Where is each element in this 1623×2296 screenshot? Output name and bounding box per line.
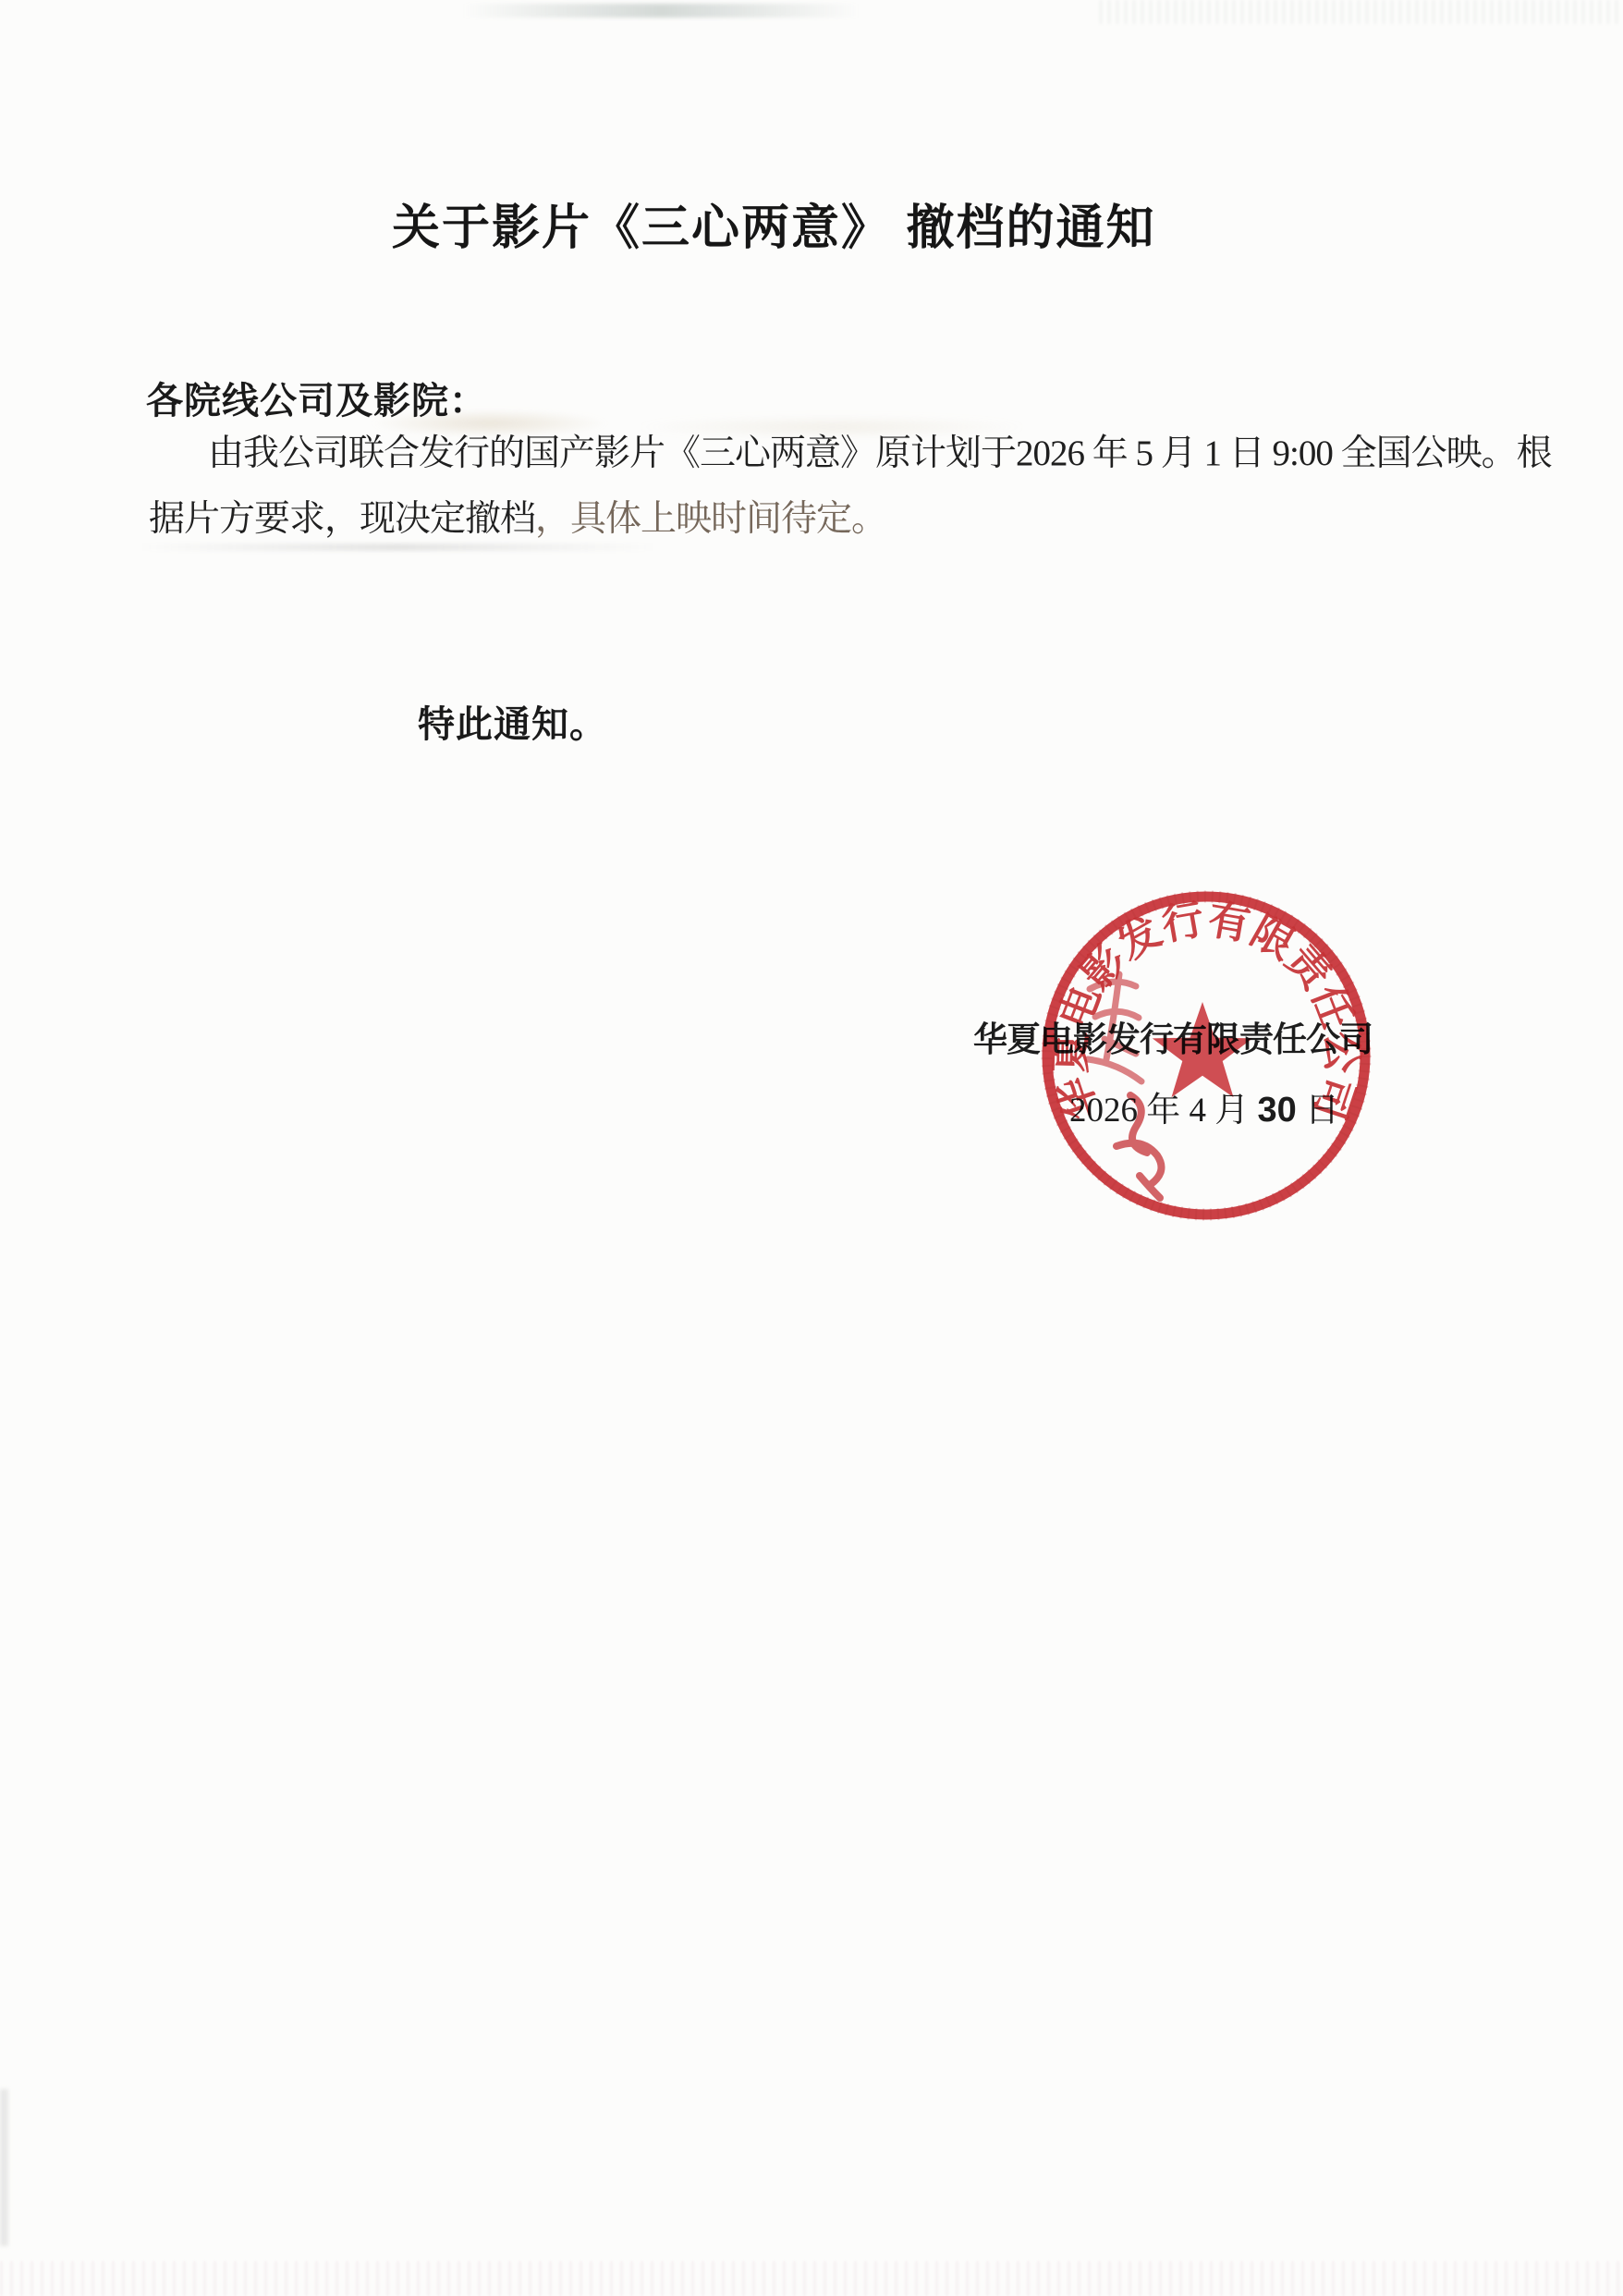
document-title: 关于影片《三心两意》 撤档的通知 — [392, 203, 1155, 254]
signature-date-suffix: 日 — [1297, 1092, 1339, 1130]
scan-smudge-top-right — [1100, 0, 1623, 24]
scan-smudge-left-edge — [0, 2089, 8, 2246]
scan-smudge-under-paragraph — [139, 543, 656, 551]
body-paragraph-line-1: 由我公司联合发行的国产影片《三心两意》原计划于2026 年 5 月 1 日 9:… — [149, 434, 1552, 474]
body-line-2-edited-text: ，具体上映时间待定。 — [535, 499, 886, 539]
scan-smudge-top — [462, 4, 860, 18]
body-line-2-original-text: 据片方要求，现决定撤档 — [149, 499, 535, 539]
body-paragraph-line-2: 据片方要求，现决定撤档，具体上映时间待定。 — [149, 500, 886, 540]
signature-date-day: 30 — [1257, 1091, 1296, 1130]
closing-line: 特此通知。 — [418, 695, 607, 748]
signature-company-name: 华夏电影发行有限责任公司 — [973, 1011, 1373, 1061]
scan-smudge-bottom — [0, 2261, 1623, 2296]
scanned-notice-document: 关于影片《三心两意》 撤档的通知 各院线公司及影院： 由我公司联合发行的国产影片… — [0, 0, 1623, 2296]
greeting-line: 各院线公司及影院： — [146, 372, 487, 424]
signature-date-prefix: 2026 年 4 月 — [1069, 1092, 1258, 1130]
signature-date: 2026 年 4 月 30 日 — [1069, 1081, 1339, 1131]
